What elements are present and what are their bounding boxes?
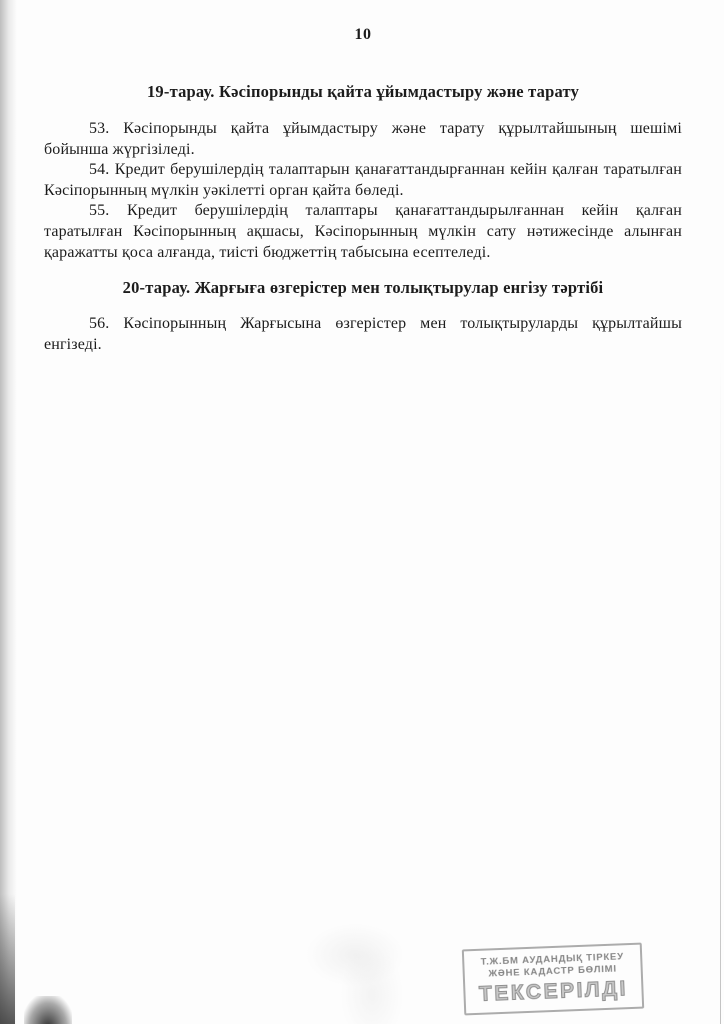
paragraph-53: 53. Кәсіпорынды қайта ұйымдастыру және т… xyxy=(44,119,682,160)
stamp-checked-word: ТЕКСЕРІЛДІ xyxy=(465,977,642,1008)
paragraph-55: 55. Кредит берушілердің талаптары қанаға… xyxy=(44,201,682,263)
verification-stamp: Т.Ж.БМ АУДАНДЫҚ ТІРКЕУ ЖӘНЕ КАДАСТР БӨЛІ… xyxy=(462,943,644,1016)
paragraph-56: 56. Кәсіпорынның Жарғысына өзгерістер ме… xyxy=(44,314,682,355)
page-number: 10 xyxy=(44,26,682,44)
chapter-19-heading: 19-тарау. Кәсіпорынды қайта ұйымдастыру … xyxy=(44,82,682,102)
paragraph-54: 54. Кредит берушілердің талаптарын қанағ… xyxy=(44,160,682,201)
chapter-20-heading: 20-тарау. Жарғыға өзгерістер мен толықты… xyxy=(44,278,682,298)
page-content: 10 19-тарау. Кәсіпорынды қайта ұйымдасты… xyxy=(44,0,682,355)
scan-artifact-left-edge xyxy=(0,0,20,1024)
scan-artifact-corner-smudge xyxy=(24,996,72,1024)
scan-artifact-right-edge xyxy=(720,0,721,1024)
scanned-document-page: 10 19-тарау. Кәсіпорынды қайта ұйымдасты… xyxy=(0,0,724,1024)
